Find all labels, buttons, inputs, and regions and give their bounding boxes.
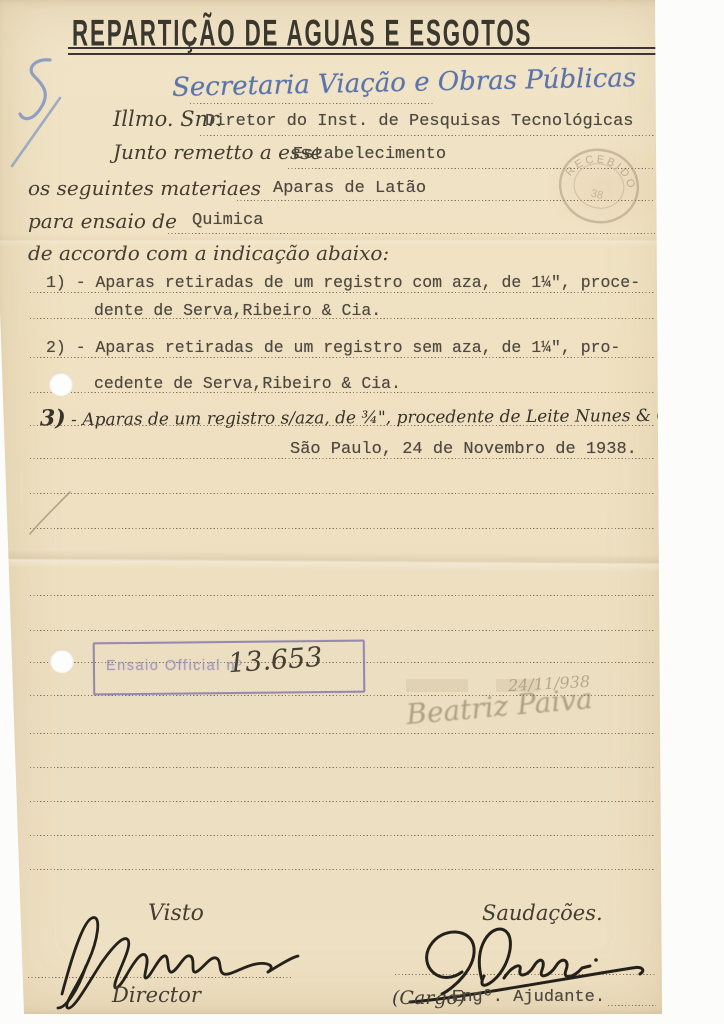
received-stamp: RECEBIDO 38 xyxy=(548,137,651,235)
ruled-line xyxy=(30,732,654,734)
send-value: Estabelecimento xyxy=(293,145,446,164)
ruled-line xyxy=(168,232,655,234)
dateline: São Paulo, 24 de Novembro de 1938. xyxy=(290,440,637,459)
item-3-text: - Aparas de um registro s/aza, de ¾", pr… xyxy=(71,406,707,430)
item-2-line-2: cedente de Serva,Ribeiro & Cia. xyxy=(94,374,401,393)
header-double-rule xyxy=(68,47,657,55)
stamp-smudge xyxy=(406,679,468,692)
ruled-line xyxy=(30,834,654,836)
send-label: Junto remetto a esse xyxy=(113,140,322,164)
materials-value: Aparas de Latão xyxy=(273,179,426,198)
ruled-line xyxy=(200,134,655,136)
ruled-line xyxy=(190,102,435,104)
test-value: Quimica xyxy=(192,211,263,230)
item-1-text: - Aparas retiradas de um registro com az… xyxy=(76,273,640,292)
ruled-line xyxy=(30,527,654,529)
ruled-line xyxy=(30,766,654,768)
item-2-number: 2) xyxy=(46,338,66,357)
item-3-line-handwritten: 3) - Aparas de um registro s/aza, de ¾",… xyxy=(40,401,708,432)
ruled-line xyxy=(30,868,654,870)
received-stamp-year: 38 xyxy=(590,187,605,202)
ruled-line xyxy=(30,492,654,494)
item-1-number: 1) xyxy=(46,273,66,292)
item-1-line-2: dente de Serva,Ribeiro & Cia. xyxy=(94,301,381,320)
materials-label: os seguintes materiaes xyxy=(28,176,261,200)
ruled-line xyxy=(30,594,654,596)
item-2-text: - Aparas retiradas de um registro sem az… xyxy=(76,338,621,357)
hole-punch-bottom xyxy=(50,649,74,673)
paper: REPARTIÇÃO DE AGUAS E ESGOTOS Secretaria… xyxy=(0,0,670,1014)
scan-background: REPARTIÇÃO DE AGUAS E ESGOTOS Secretaria… xyxy=(0,0,724,1024)
margin-blue-mark xyxy=(6,52,70,174)
item-1-line-1: 1) - Aparas retiradas de um registro com… xyxy=(46,273,640,292)
ruled-line xyxy=(30,629,654,631)
crease xyxy=(0,550,670,573)
hole-punch-top xyxy=(49,372,73,396)
cargo-value: Engº. Ajudante. xyxy=(452,988,605,1007)
ensaio-stamp-number: 13.653 xyxy=(227,642,323,680)
item-3-number: 3) xyxy=(40,405,66,431)
addressee-value: Diretor do Inst. de Pesquisas Tecnológic… xyxy=(205,112,633,131)
item-2-line-1: 2) - Aparas retiradas de um registro sem… xyxy=(46,338,620,357)
ensaio-stamp-label: Ensaio Official nº xyxy=(106,658,243,674)
pencil-slash-mark xyxy=(26,488,74,538)
accord-label: de accordo com a indicação abaixo: xyxy=(28,241,389,265)
director-label: Director xyxy=(112,983,201,1007)
ruled-line xyxy=(30,800,654,802)
department-handwritten-line: Secretaria Viação e Obras Públicas xyxy=(172,63,637,103)
test-label: para ensaio de xyxy=(28,209,177,233)
